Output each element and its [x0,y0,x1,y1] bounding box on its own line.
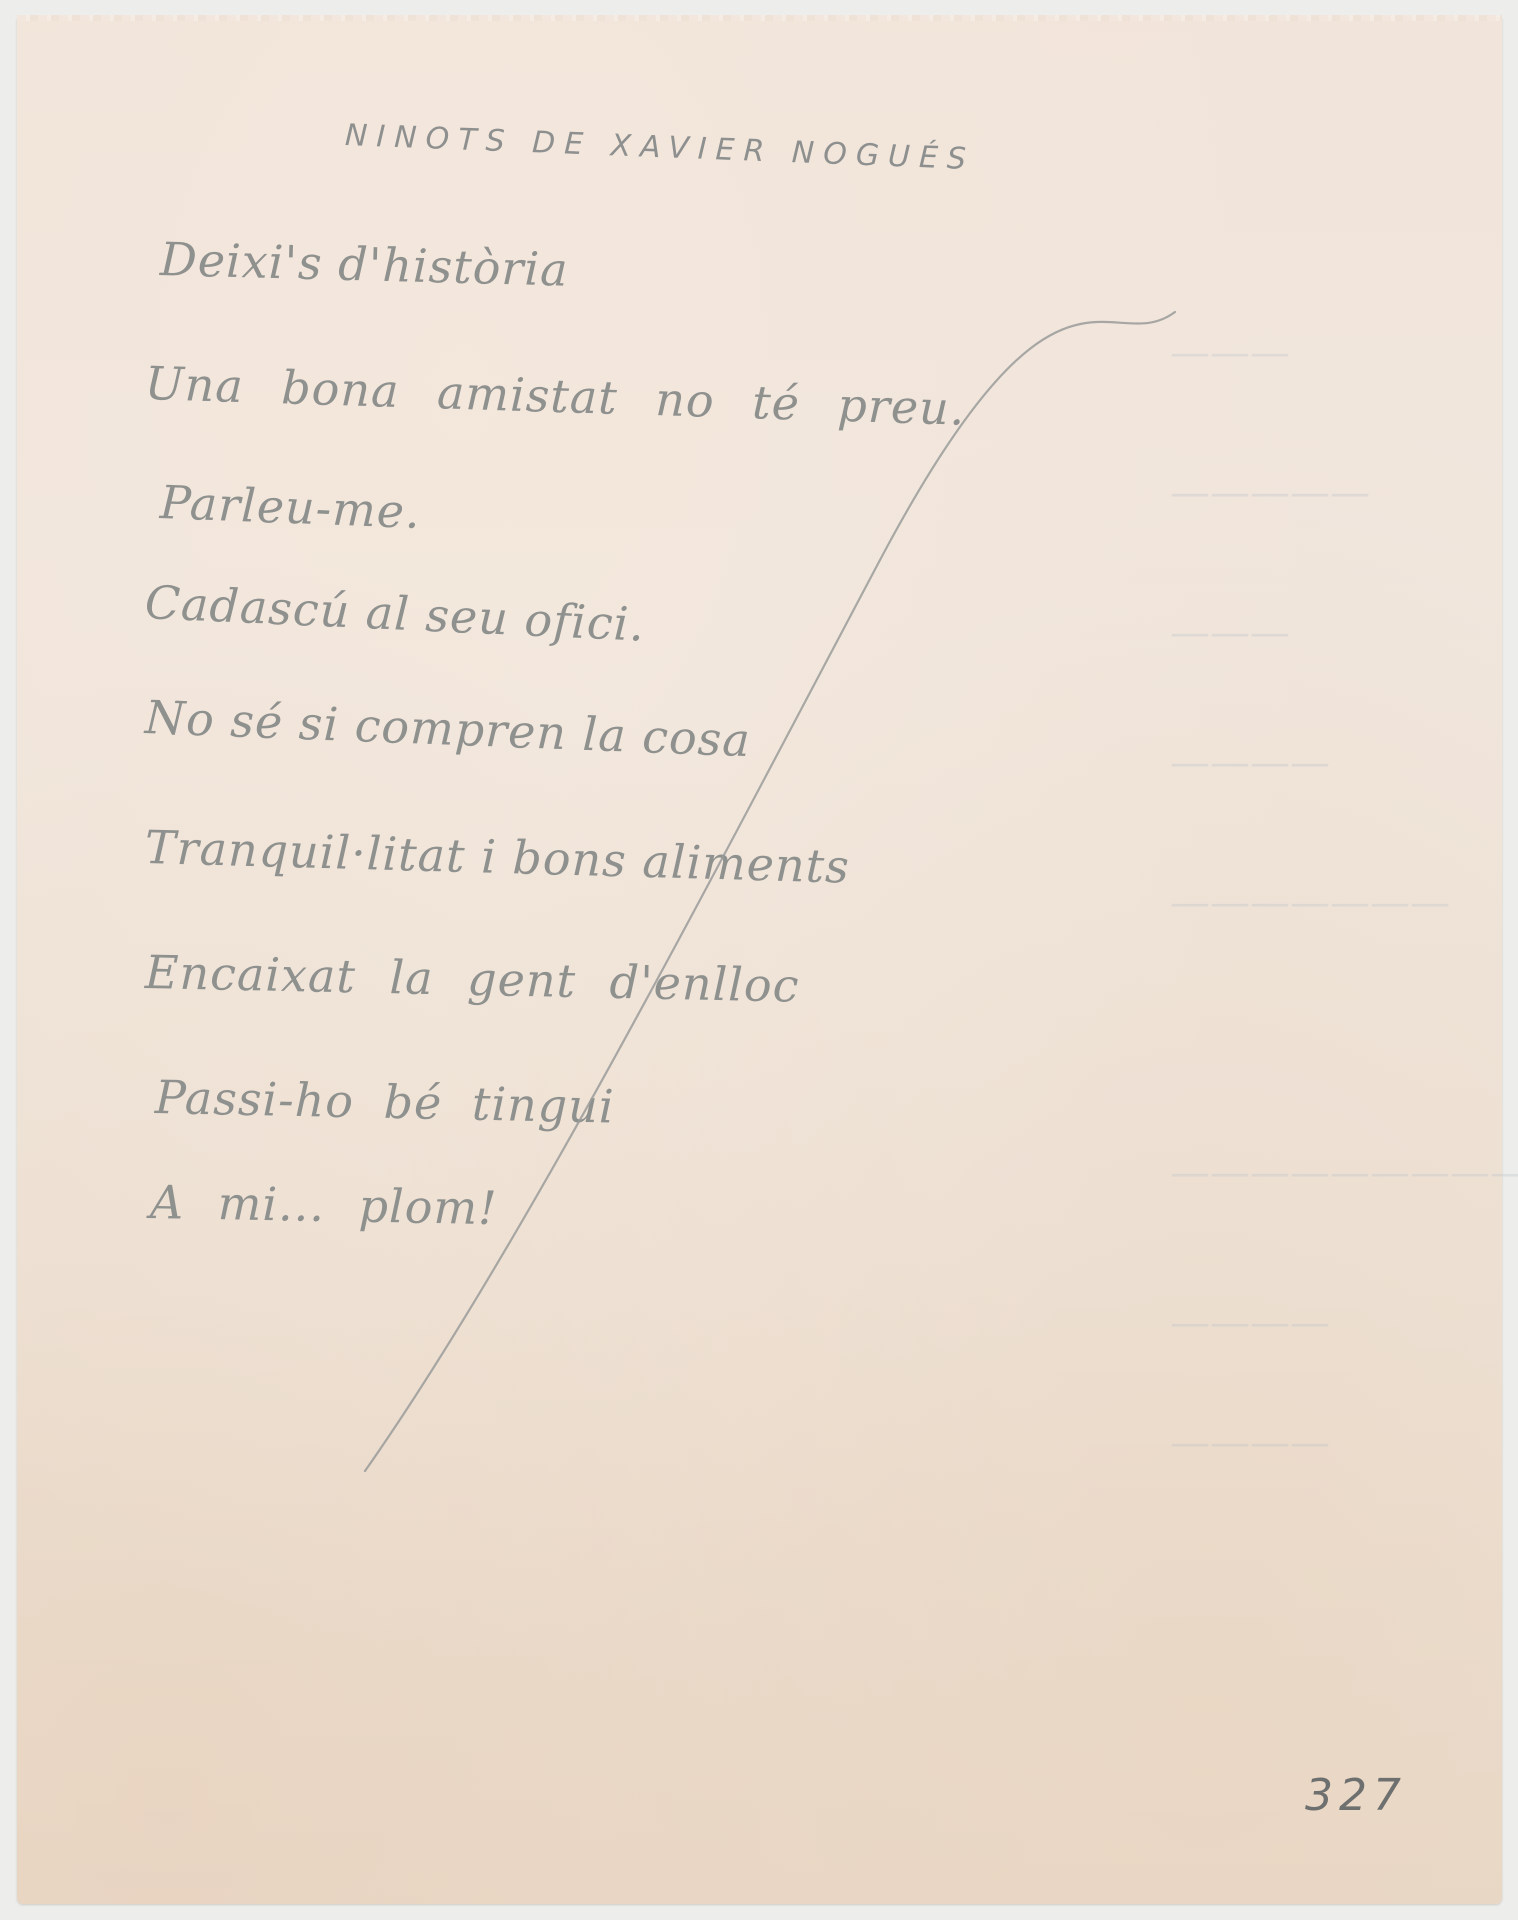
scanned-page: ——— ————— ——— ———— ——————— ————————— ———… [0,0,1518,1920]
manuscript-line-3: Parleu-me. [159,475,422,539]
bleed-through-text: ————————— [1170,1150,1518,1196]
bleed-through-text: ————— [1170,470,1370,516]
manuscript-line-1: Deixi's d'història [159,232,569,297]
bleed-through-text: ———— [1170,1420,1330,1466]
bleed-through-text: ——— [1170,330,1290,376]
manuscript-line-9: A mi... plom! [150,1175,499,1235]
manuscript-line-8: Passi-ho bé tingui [154,1070,615,1134]
bleed-through-text: ———— [1170,740,1330,786]
bleed-through-text: ———— [1170,1300,1330,1346]
page-number: 327 [1305,1770,1407,1821]
bleed-through-text: ——————— [1170,880,1450,926]
bleed-through-text: ——— [1170,610,1290,656]
